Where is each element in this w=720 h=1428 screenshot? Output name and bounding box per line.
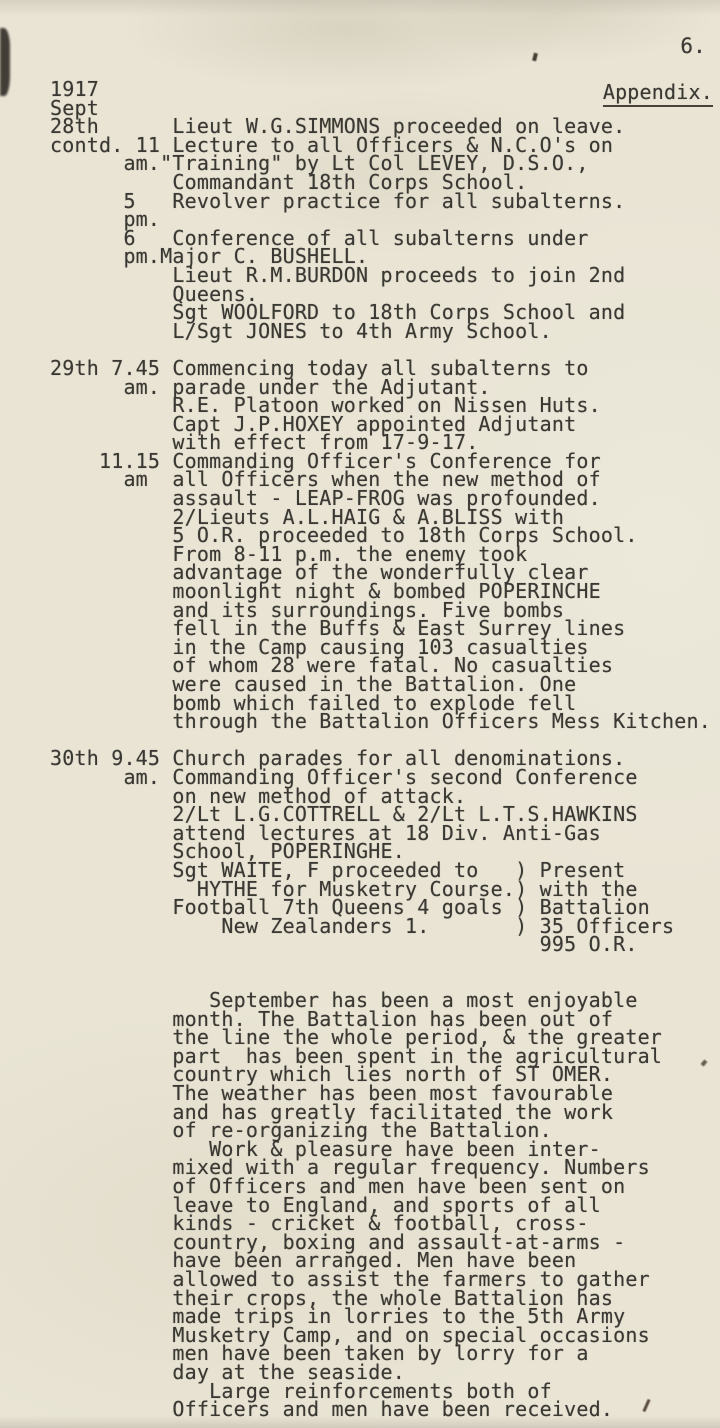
typed-text-block: 1917 Sept 28th Lieut W.G.SIMMONS proceed…	[50, 80, 711, 1419]
typed-line: Officers and men have been received.	[50, 1400, 711, 1419]
typed-line: L/Sgt JONES to 4th Army School.	[50, 322, 711, 341]
typed-line-year: 1917	[50, 80, 711, 99]
typed-line-blank	[50, 954, 711, 973]
typed-line: 995 O.R.	[50, 935, 711, 954]
page-number: 6.	[680, 34, 706, 58]
scanned-war-diary-page: { "page": { "number": "6.", "appendix": …	[0, 0, 720, 1428]
scan-artifact-corner-streak	[0, 28, 10, 96]
typed-line: through the Battalion Officers Mess Kitc…	[50, 712, 711, 731]
scan-artifact-speck	[532, 53, 538, 62]
